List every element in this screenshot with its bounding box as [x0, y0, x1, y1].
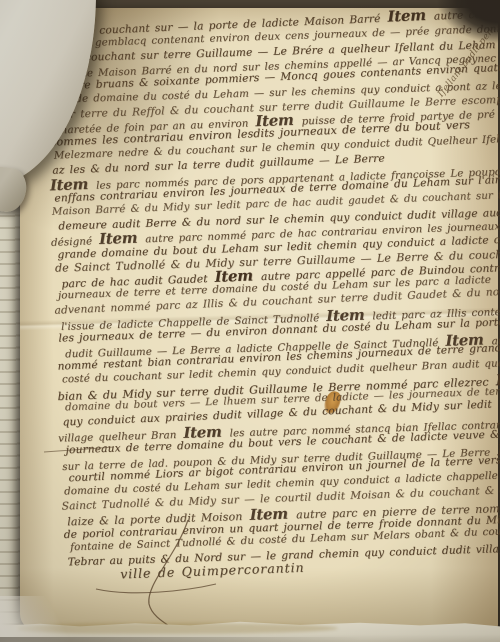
item-keyword: Item	[326, 306, 365, 325]
bottom-left-paper-edge	[0, 596, 70, 642]
manuscript-photo: En du couchant sur — la porte de ladicte…	[0, 0, 500, 642]
book-cover-corner	[436, 0, 500, 44]
bottom-shadow-line	[0, 637, 360, 642]
item-keyword: Item	[183, 423, 222, 442]
item-keyword: Item	[387, 6, 426, 26]
manuscript-text: En du couchant sur — la porte de ladicte…	[42, 7, 500, 584]
